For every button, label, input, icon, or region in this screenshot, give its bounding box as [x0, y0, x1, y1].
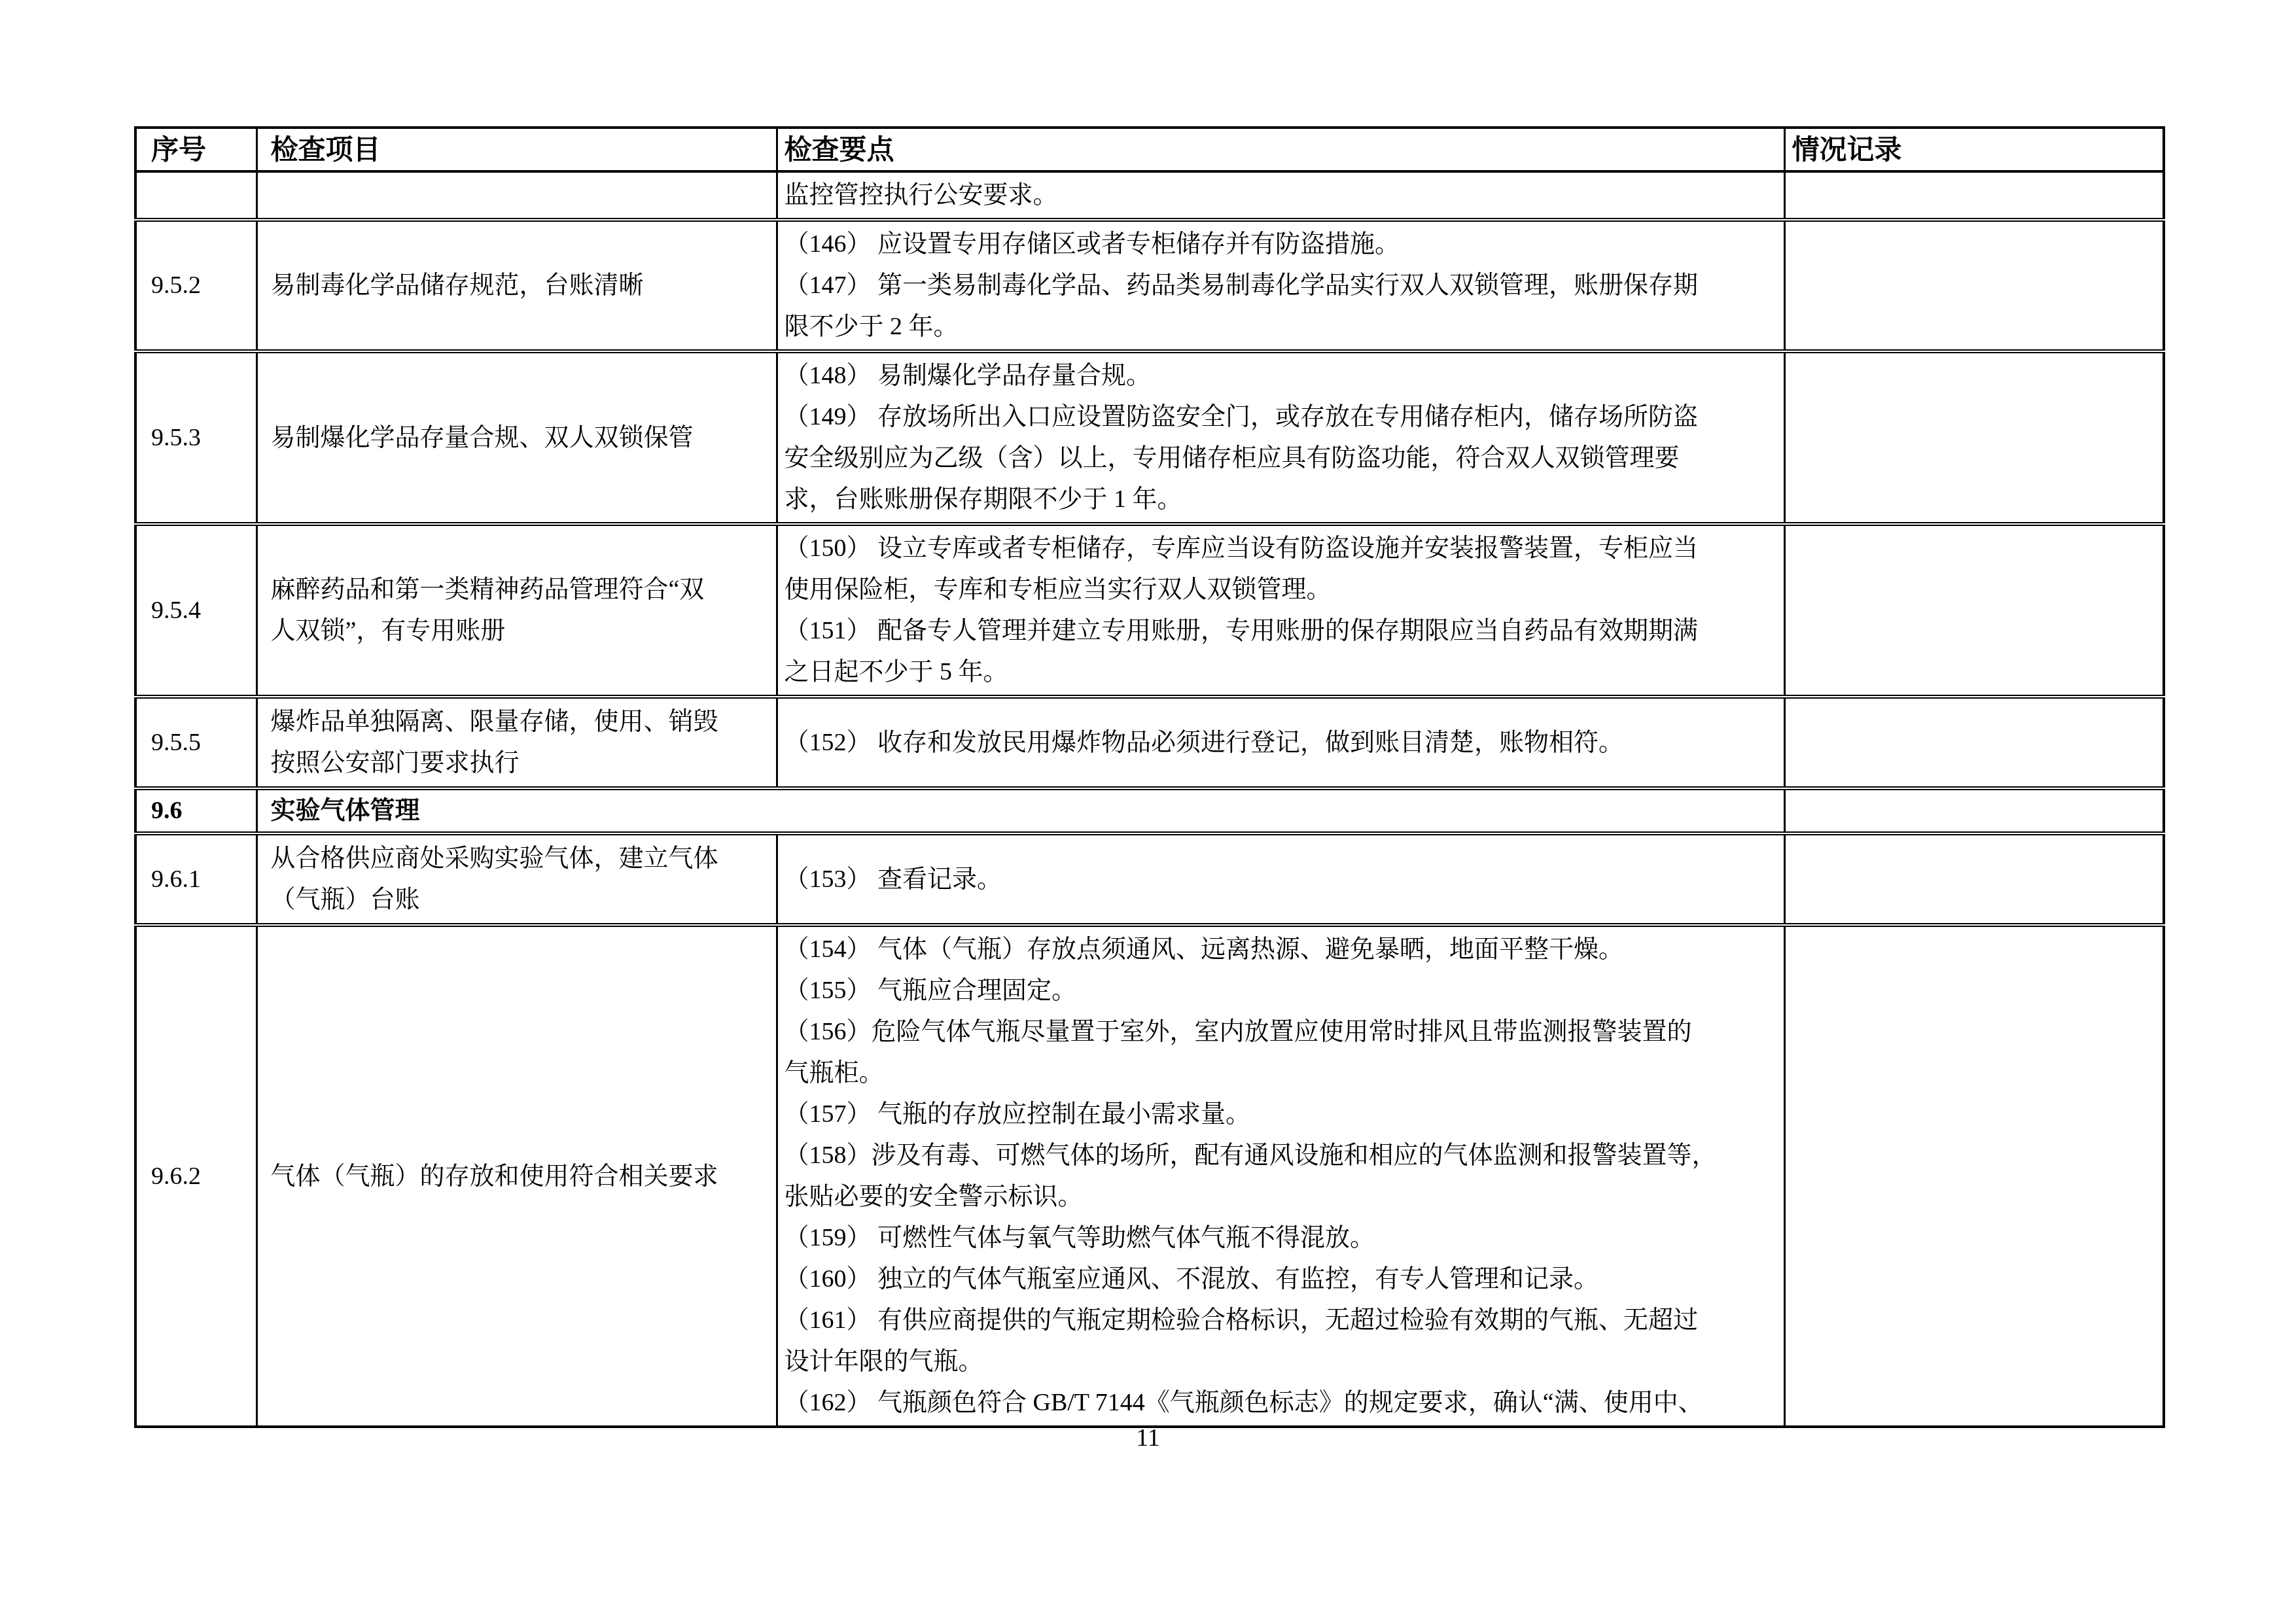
row-points: （148） 易制爆化学品存量合规。 （149） 存放场所出入口应设置防盗安全门，…	[777, 351, 1784, 524]
row-points: （146） 应设置专用存储区或者专柜储存并有防盗措施。 （147） 第一类易制毒…	[777, 220, 1784, 351]
header-record: 情况记录	[1784, 128, 2164, 171]
header-item: 检查项目	[256, 128, 777, 171]
row-item	[256, 171, 777, 220]
point-text: （159） 可燃性气体与氧气等助燃气体气瓶不得混放。	[785, 1217, 1778, 1259]
row-id: 9.6.2	[135, 925, 256, 1427]
inspection-checklist-table: 序号 检查项目 检查要点 情况记录 监控管控执行公安要求。 9.5.2 易制毒化…	[134, 126, 2165, 1428]
header-id: 序号	[135, 128, 256, 171]
point-text: （160） 独立的气体气瓶室应通风、不混放、有监控，有专人管理和记录。	[785, 1259, 1778, 1300]
point-text: （150） 设立专库或者专柜储存，专库应当设有防盗设施并安装报警装置，专柜应当 …	[785, 528, 1778, 610]
point-text: （157） 气瓶的存放应控制在最小需求量。	[785, 1094, 1778, 1135]
point-text: （153） 查看记录。	[785, 859, 1778, 900]
row-id: 9.5.2	[135, 220, 256, 351]
table-row-9-5-3: 9.5.3 易制爆化学品存量合规、双人双锁保管 （148） 易制爆化学品存量合规…	[135, 351, 2164, 524]
table-row-continuation: 监控管控执行公安要求。	[135, 171, 2164, 220]
row-points: 监控管控执行公安要求。	[777, 171, 1784, 220]
row-points: （152） 收存和发放民用爆炸物品必须进行登记，做到账目清楚，账物相符。	[777, 697, 1784, 788]
row-record	[1784, 351, 2164, 524]
row-item: 气体（气瓶）的存放和使用符合相关要求	[256, 925, 777, 1427]
row-item: 易制毒化学品储存规范，台账清晰	[256, 220, 777, 351]
row-id	[135, 171, 256, 220]
table-row-9-6-2: 9.6.2 气体（气瓶）的存放和使用符合相关要求 （154） 气体（气瓶）存放点…	[135, 925, 2164, 1427]
row-record	[1784, 524, 2164, 697]
row-points: （154） 气体（气瓶）存放点须通风、远离热源、避免暴晒，地面平整干燥。 （15…	[777, 925, 1784, 1427]
header-points: 检查要点	[777, 128, 1784, 171]
point-text: （158）涉及有毒、可燃气体的场所，配有通风设施和相应的气体监测和报警装置等， …	[785, 1135, 1778, 1217]
row-record	[1784, 925, 2164, 1427]
header-row: 序号 检查项目 检查要点 情况记录	[135, 128, 2164, 171]
row-record	[1784, 833, 2164, 925]
section-id: 9.6	[135, 788, 256, 833]
point-text: （151） 配备专人管理并建立专用账册，专用账册的保存期限应当自药品有效期期满 …	[785, 610, 1778, 693]
point-text: （154） 气体（气瓶）存放点须通风、远离热源、避免暴晒，地面平整干燥。	[785, 929, 1778, 970]
table-row-section-9-6: 9.6 实验气体管理	[135, 788, 2164, 833]
table-row-9-6-1: 9.6.1 从合格供应商处采购实验气体，建立气体 （气瓶）台账 （153） 查看…	[135, 833, 2164, 925]
row-item: 易制爆化学品存量合规、双人双锁保管	[256, 351, 777, 524]
row-record	[1784, 220, 2164, 351]
table-row-9-5-2: 9.5.2 易制毒化学品储存规范，台账清晰 （146） 应设置专用存储区或者专柜…	[135, 220, 2164, 351]
point-text: （155） 气瓶应合理固定。	[785, 970, 1778, 1011]
point-text: 监控管控执行公安要求。	[785, 175, 1778, 216]
document-page: 序号 检查项目 检查要点 情况记录 监控管控执行公安要求。 9.5.2 易制毒化…	[0, 0, 2296, 1623]
point-text: （156）危险气体气瓶尽量置于室外，室内放置应使用常时排风且带监测报警装置的 气…	[785, 1011, 1778, 1094]
row-record	[1784, 788, 2164, 833]
point-text: （148） 易制爆化学品存量合规。	[785, 355, 1778, 396]
section-title: 实验气体管理	[256, 788, 1784, 833]
point-text: （152） 收存和发放民用爆炸物品必须进行登记，做到账目清楚，账物相符。	[785, 722, 1778, 763]
row-id: 9.5.4	[135, 524, 256, 697]
row-id: 9.5.5	[135, 697, 256, 788]
point-text: （146） 应设置专用存储区或者专柜储存并有防盗措施。	[785, 224, 1778, 265]
point-text: （147） 第一类易制毒化学品、药品类易制毒化学品实行双人双锁管理，账册保存期 …	[785, 265, 1778, 347]
row-id: 9.6.1	[135, 833, 256, 925]
row-item: 从合格供应商处采购实验气体，建立气体 （气瓶）台账	[256, 833, 777, 925]
point-text: （149） 存放场所出入口应设置防盗安全门，或存放在专用储存柜内，储存场所防盗 …	[785, 396, 1778, 520]
row-item: 麻醉药品和第一类精神药品管理符合“双 人双锁”，有专用账册	[256, 524, 777, 697]
table-row-9-5-4: 9.5.4 麻醉药品和第一类精神药品管理符合“双 人双锁”，有专用账册 （150…	[135, 524, 2164, 697]
row-points: （153） 查看记录。	[777, 833, 1784, 925]
row-record	[1784, 171, 2164, 220]
row-points: （150） 设立专库或者专柜储存，专库应当设有防盗设施并安装报警装置，专柜应当 …	[777, 524, 1784, 697]
table-row-9-5-5: 9.5.5 爆炸品单独隔离、限量存储，使用、销毁 按照公安部门要求执行 （152…	[135, 697, 2164, 788]
page-number: 11	[0, 1423, 2296, 1452]
point-text: （161） 有供应商提供的气瓶定期检验合格标识，无超过检验有效期的气瓶、无超过 …	[785, 1300, 1778, 1382]
row-id: 9.5.3	[135, 351, 256, 524]
point-text: （162） 气瓶颜色符合 GB/T 7144《气瓶颜色标志》的规定要求，确认“满…	[785, 1382, 1778, 1423]
row-item: 爆炸品单独隔离、限量存储，使用、销毁 按照公安部门要求执行	[256, 697, 777, 788]
row-record	[1784, 697, 2164, 788]
